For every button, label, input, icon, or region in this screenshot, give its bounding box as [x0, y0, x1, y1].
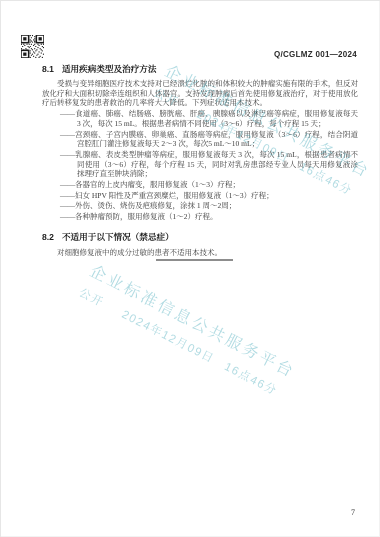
list-item: ——妇女 HPV 阳性及严重宫颈糜烂，服用修复液（1～3）疗程；	[42, 191, 358, 201]
list-item: ——食道癌、肺癌、结肠癌、膀胱癌、肝癌、胰腺癌以及淋巴癌等病症，服用修复液每天 …	[42, 109, 358, 128]
qr-code	[21, 35, 44, 58]
intro-paragraph: 受损与变异细胞医疗技术支持对已经溃烂化脓的和体积较大的肿瘤实施有限的手术，但反对…	[42, 79, 358, 108]
document-body: 8.1适用疾病类型及治疗方法 受损与变异细胞医疗技术支持对已经溃烂化脓的和体积较…	[42, 64, 358, 258]
treatment-list: ——食道癌、肺癌、结肠癌、膀胱癌、肝癌、胰腺癌以及淋巴癌等病症，服用修复液每天 …	[42, 109, 358, 222]
contraindication-paragraph: 对细胞修复液中的成分过敏的患者不适用本技术。	[42, 248, 358, 258]
list-item: ——乳腺癌、表皮类型肿瘤等病症，服用修复液每天 3 次，每次 15 mL，根据患…	[42, 150, 358, 179]
page-number: 7	[351, 508, 355, 517]
section-title: 不适用于以下情况（禁忌症）	[62, 232, 174, 242]
qr-code-graphic	[21, 35, 44, 58]
watermark-platform-text: 企业标准信息公共服务平台	[86, 262, 298, 382]
list-item: ——各器官的上皮内瘤变，服用修复液（1～3）疗程；	[42, 180, 358, 190]
list-item: ——宫颈癌、子宫内膜癌、卵巢癌、直肠癌等病症，服用修复液（3～6）疗程，结合阴道…	[42, 130, 358, 149]
list-item: ——各种肿瘤预防，服用修复液（1～2）疗程。	[42, 212, 358, 222]
list-item: ——外伤、烫伤、烧伤及疤痕修复，涂抹 1 周～2周；	[42, 201, 358, 211]
watermark-date-line: 公开2024年12月09日 16点46分	[76, 284, 286, 402]
divider-line	[156, 259, 233, 261]
document-page: Q/CGLMZ 001—2024 8.1适用疾病类型及治疗方法 受损与变异细胞医…	[0, 0, 380, 537]
section-number: 8.2	[42, 232, 54, 242]
section-heading-8-1: 8.1适用疾病类型及治疗方法	[42, 64, 358, 75]
section-title: 适用疾病类型及治疗方法	[62, 64, 157, 74]
section-heading-8-2: 8.2不适用于以下情况（禁忌症）	[42, 232, 358, 243]
section-number: 8.1	[42, 64, 54, 74]
watermark-gap	[101, 307, 121, 317]
doc-number: Q/CGLMZ 001—2024	[274, 50, 357, 59]
watermark-datetime: 2024年12月09日 16点46分	[120, 309, 279, 398]
watermark-stamp: 企业标准信息公共服务平台 公开2024年12月09日 16点46分	[76, 262, 298, 402]
watermark-visibility: 公开	[77, 287, 106, 309]
